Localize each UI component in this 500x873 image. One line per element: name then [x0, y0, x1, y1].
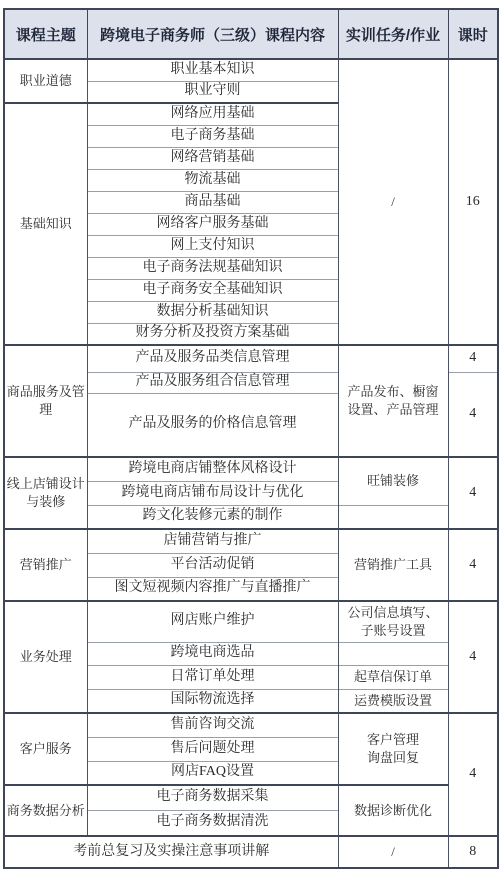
content-cell: 平台活动促销: [87, 553, 338, 577]
task-cell: 数据诊断优化: [338, 785, 448, 836]
task-cell: 营销推广工具: [338, 529, 448, 601]
header-topic: 课程主题: [4, 9, 87, 59]
content-cell: 网络营销基础: [87, 147, 338, 169]
content-cell: 商品基础: [87, 191, 338, 213]
content-cell: 职业基本知识: [87, 59, 338, 81]
hours-cell: 4: [448, 457, 498, 529]
curriculum-table-container: 课程主题 跨境电子商务师（三级）课程内容 实训任务/作业 课时 职业道德 职业基…: [3, 8, 497, 869]
content-cell: 电子商务数据清洗: [87, 810, 338, 836]
hours-cell: 4: [448, 372, 498, 457]
content-cell: 跨文化装修元素的制作: [87, 505, 338, 529]
content-cell: 产品及服务组合信息管理: [87, 372, 338, 393]
content-cell: 电子商务数据采集: [87, 785, 338, 810]
content-cell: 跨境电商店铺布局设计与优化: [87, 481, 338, 505]
table-row: 线上店铺设计与装修 跨境电商店铺整体风格设计 旺铺装修 4: [4, 457, 498, 481]
task-cell: 起草信保订单: [338, 665, 448, 689]
topic-cell: 商务数据分析: [4, 785, 87, 836]
header-row: 课程主题 跨境电子商务师（三级）课程内容 实训任务/作业 课时: [4, 9, 498, 59]
hours-cell: 8: [448, 836, 498, 868]
content-cell: 售后问题处理: [87, 737, 338, 761]
content-cell: 电子商务安全基础知识: [87, 279, 338, 301]
table-row: 商品服务及管理 产品及服务品类信息管理 产品发布、橱窗设置、产品管理 4: [4, 345, 498, 372]
content-cell: 图文短视频内容推广与直播推广: [87, 577, 338, 601]
footer-label-cell: 考前总复习及实操注意事项讲解: [4, 836, 338, 868]
hours-cell: 4: [448, 529, 498, 601]
content-cell: 数据分析基础知识: [87, 301, 338, 323]
task-cell: /: [338, 59, 448, 345]
task-cell: 运费模版设置: [338, 689, 448, 713]
hours-cell: 4: [448, 601, 498, 713]
topic-cell: 职业道德: [4, 59, 87, 103]
content-cell: 网店FAQ设置: [87, 761, 338, 785]
header-hours: 课时: [448, 9, 498, 59]
content-cell: 物流基础: [87, 169, 338, 191]
content-cell: 职业守则: [87, 81, 338, 103]
content-cell: 产品及服务的价格信息管理: [87, 393, 338, 457]
curriculum-table: 课程主题 跨境电子商务师（三级）课程内容 实训任务/作业 课时 职业道德 职业基…: [3, 8, 499, 869]
hours-cell: 4: [448, 713, 498, 836]
header-content: 跨境电子商务师（三级）课程内容: [87, 9, 338, 59]
content-cell: 网店账户维护: [87, 601, 338, 642]
table-row: 商务数据分析 电子商务数据采集 数据诊断优化: [4, 785, 498, 810]
content-cell: 国际物流选择: [87, 689, 338, 713]
hours-cell: 4: [448, 345, 498, 372]
topic-cell: 线上店铺设计与装修: [4, 457, 87, 529]
topic-cell: 业务处理: [4, 601, 87, 713]
content-cell: 产品及服务品类信息管理: [87, 345, 338, 372]
task-cell: /: [338, 836, 448, 868]
task-cell: 客户管理 询盘回复: [338, 713, 448, 785]
footer-row: 考前总复习及实操注意事项讲解 / 8: [4, 836, 498, 868]
topic-cell: 商品服务及管理: [4, 345, 87, 457]
task-cell-empty: [338, 642, 448, 665]
task-cell: 旺铺装修: [338, 457, 448, 505]
content-cell: 店铺营销与推广: [87, 529, 338, 553]
content-cell: 网络客户服务基础: [87, 213, 338, 235]
content-cell: 电子商务基础: [87, 125, 338, 147]
hours-cell: 16: [448, 59, 498, 345]
topic-cell: 客户服务: [4, 713, 87, 785]
content-cell: 网上支付知识: [87, 235, 338, 257]
table-row: 客户服务 售前咨询交流 客户管理 询盘回复 4: [4, 713, 498, 737]
content-cell: 售前咨询交流: [87, 713, 338, 737]
content-cell: 日常订单处理: [87, 665, 338, 689]
table-row: 营销推广 店铺营销与推广 营销推广工具 4: [4, 529, 498, 553]
content-cell: 财务分析及投资方案基础: [87, 323, 338, 345]
content-cell: 跨境电商店铺整体风格设计: [87, 457, 338, 481]
task-cell-empty: [338, 505, 448, 529]
table-row: 业务处理 网店账户维护 公司信息填写、子账号设置 4: [4, 601, 498, 642]
topic-cell: 基础知识: [4, 103, 87, 345]
content-cell: 电子商务法规基础知识: [87, 257, 338, 279]
content-cell: 网络应用基础: [87, 103, 338, 125]
task-cell: 公司信息填写、子账号设置: [338, 601, 448, 642]
header-task: 实训任务/作业: [338, 9, 448, 59]
content-cell: 跨境电商选品: [87, 642, 338, 665]
topic-cell: 营销推广: [4, 529, 87, 601]
task-cell: 产品发布、橱窗设置、产品管理: [338, 345, 448, 457]
table-row: 职业道德 职业基本知识 / 16: [4, 59, 498, 81]
